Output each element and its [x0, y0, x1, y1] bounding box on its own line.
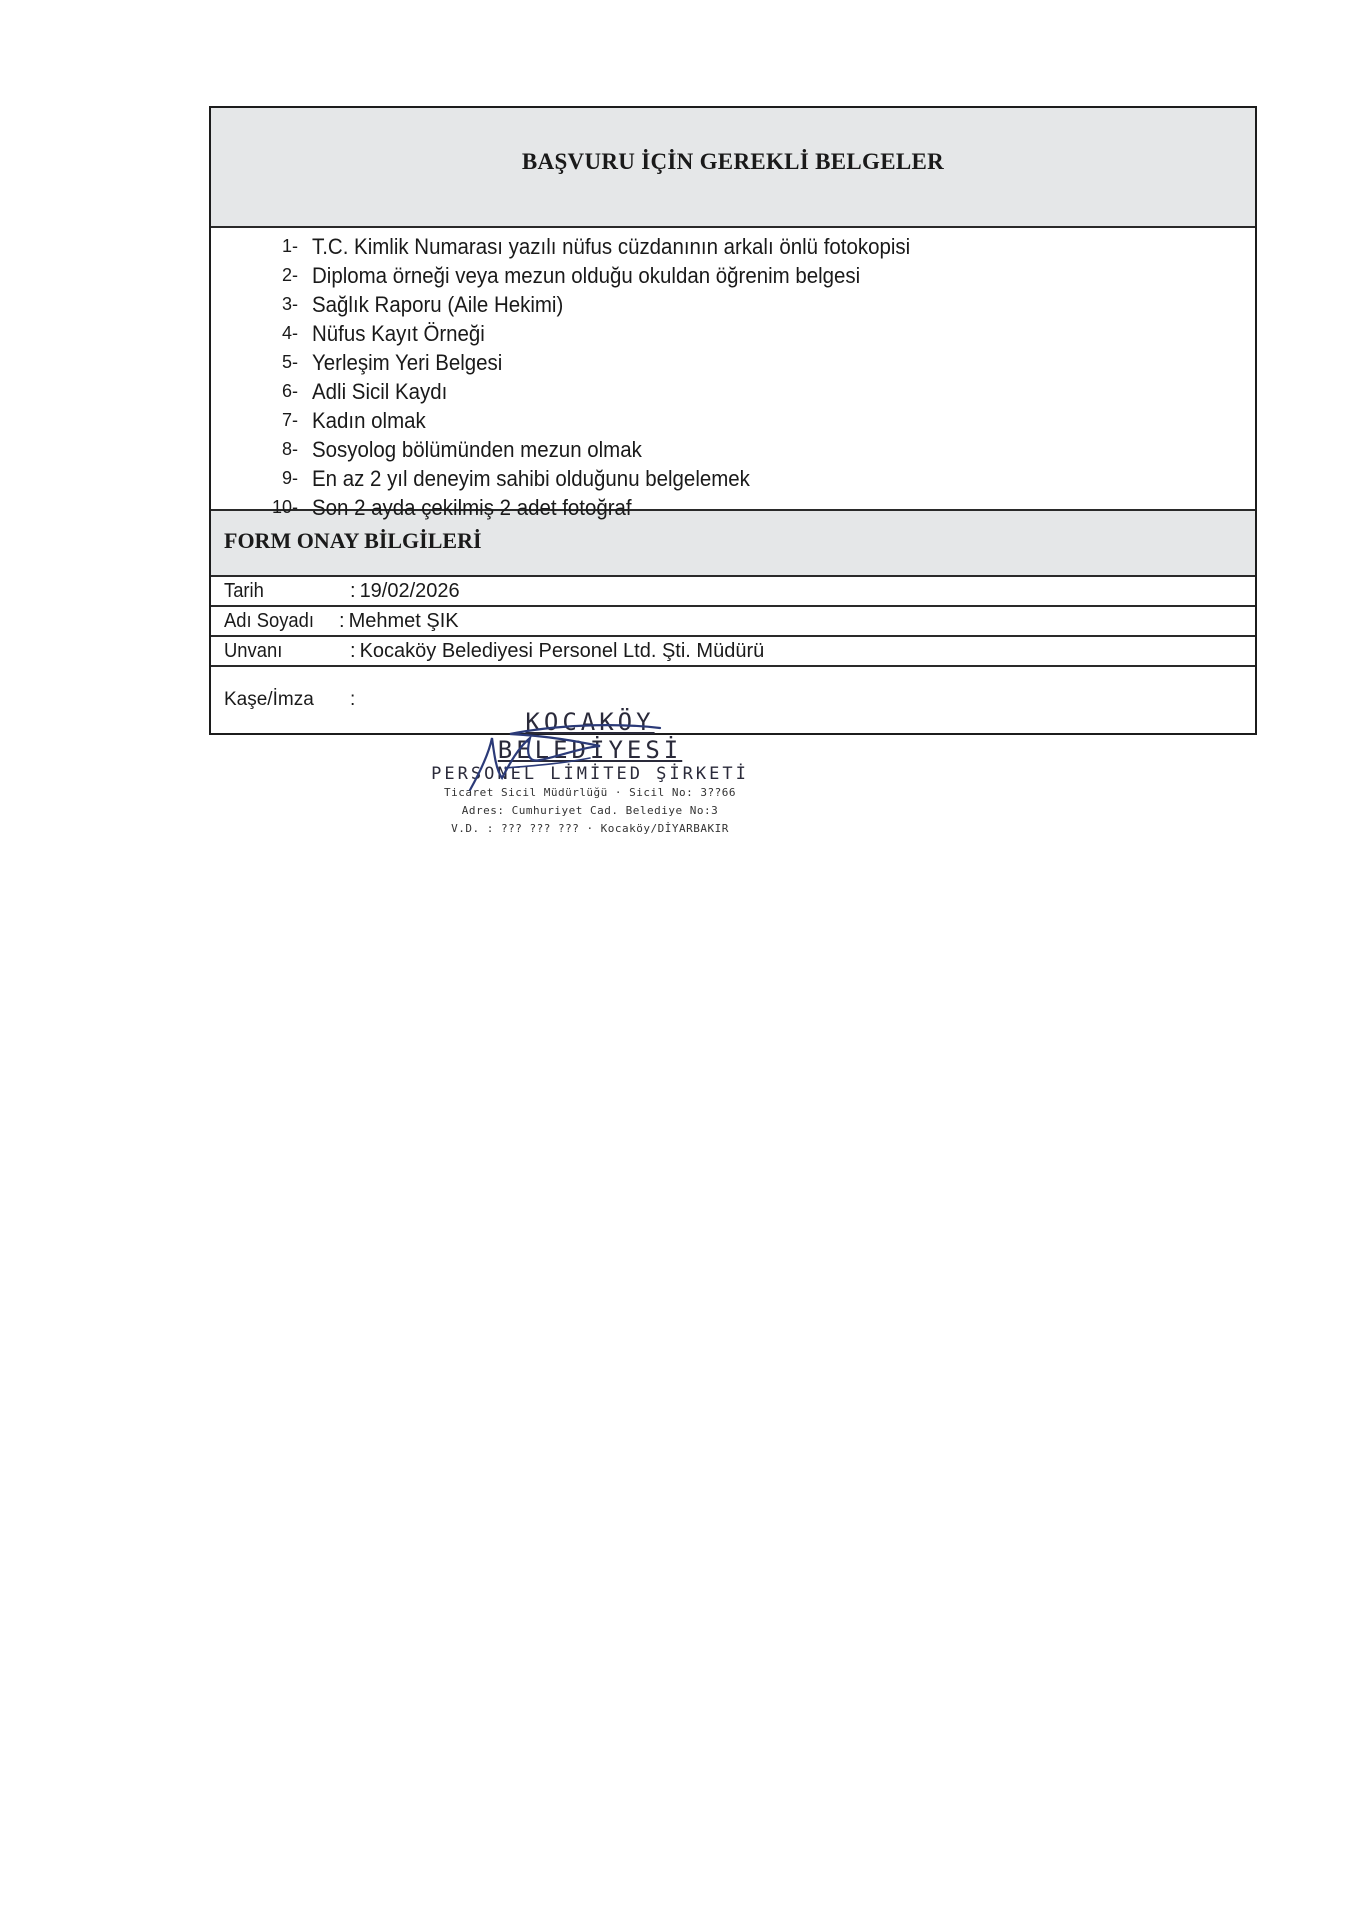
list-item: 7-Kadın olmak	[211, 406, 1255, 435]
list-item: 6-Adli Sicil Kaydı	[211, 377, 1255, 406]
list-item: 1-T.C. Kimlik Numarası yazılı nüfus cüzd…	[211, 232, 1255, 261]
stamp-line-4: Adres: Cumhuriyet Cad. Belediye No:3	[430, 802, 750, 820]
item-text: Adli Sicil Kaydı	[312, 377, 447, 406]
item-text: Diploma örneği veya mezun olduğu okuldan…	[312, 261, 860, 290]
item-text: Sağlık Raporu (Aile Hekimi)	[312, 290, 563, 319]
requirements-header: BAŞVURU İÇİN GEREKLİ BELGELER	[211, 108, 1255, 228]
item-number: 3-	[211, 290, 312, 319]
stamp-signature-label: Kaşe/İmza	[224, 689, 350, 711]
requirements-form: BAŞVURU İÇİN GEREKLİ BELGELER 1-T.C. Kim…	[209, 106, 1257, 735]
separator: :	[350, 640, 356, 663]
item-number: 6-	[211, 377, 312, 406]
item-number: 5-	[211, 348, 312, 377]
separator: :	[350, 689, 355, 711]
item-text: En az 2 yıl deneyim sahibi olduğunu belg…	[312, 464, 750, 493]
title-value: Kocaköy Belediyesi Personel Ltd. Şti. Mü…	[360, 640, 765, 663]
requirements-list: 1-T.C. Kimlik Numarası yazılı nüfus cüzd…	[211, 228, 1255, 511]
company-stamp: KOCAKÖY BELEDİYESİ PERSONEL LİMİTED ŞİRK…	[430, 708, 750, 818]
name-value: Mehmet ŞIK	[349, 610, 459, 633]
name-row: Adı Soyadı : Mehmet ŞIK	[211, 607, 1255, 637]
item-number: 7-	[211, 406, 312, 435]
item-text: Kadın olmak	[312, 406, 426, 435]
item-number: 10-	[211, 493, 312, 522]
approval-title: FORM ONAY BİLGİLERİ	[224, 528, 482, 554]
requirements-title: BAŞVURU İÇİN GEREKLİ BELGELER	[522, 149, 944, 175]
item-number: 2-	[211, 261, 312, 290]
item-number: 4-	[211, 319, 312, 348]
item-text: Yerleşim Yeri Belgesi	[312, 348, 502, 377]
stamp-line-1: KOCAKÖY BELEDİYESİ	[430, 708, 750, 764]
date-label: Tarih	[224, 580, 340, 603]
stamp-line-5: V.D. : ??? ??? ??? · Kocaköy/DİYARBAKIR	[430, 820, 750, 838]
list-item: 5-Yerleşim Yeri Belgesi	[211, 348, 1255, 377]
title-row: Unvanı : Kocaköy Belediyesi Personel Ltd…	[211, 637, 1255, 667]
date-row: Tarih : 19/02/2026	[211, 577, 1255, 607]
title-label: Unvanı	[224, 640, 340, 663]
list-item: 9-En az 2 yıl deneyim sahibi olduğunu be…	[211, 464, 1255, 493]
item-text: Son 2 ayda çekilmiş 2 adet fotoğraf	[312, 493, 632, 522]
separator: :	[339, 610, 345, 633]
list-item: 8-Sosyolog bölümünden mezun olmak	[211, 435, 1255, 464]
stamp-line-3: Ticaret Sicil Müdürlüğü · Sicil No: 3??6…	[430, 784, 750, 802]
list-item: 3-Sağlık Raporu (Aile Hekimi)	[211, 290, 1255, 319]
item-text: Sosyolog bölümünden mezun olmak	[312, 435, 642, 464]
item-number: 9-	[211, 464, 312, 493]
item-number: 1-	[211, 232, 312, 261]
name-label: Adı Soyadı	[224, 610, 330, 633]
item-number: 8-	[211, 435, 312, 464]
item-text: Nüfus Kayıt Örneği	[312, 319, 485, 348]
separator: :	[350, 580, 356, 603]
list-item: 2-Diploma örneği veya mezun olduğu okuld…	[211, 261, 1255, 290]
item-text: T.C. Kimlik Numarası yazılı nüfus cüzdan…	[312, 232, 910, 261]
stamp-line-2: PERSONEL LİMİTED ŞİRKETİ	[430, 764, 750, 784]
list-item: 4-Nüfus Kayıt Örneği	[211, 319, 1255, 348]
date-value: 19/02/2026	[360, 580, 460, 603]
